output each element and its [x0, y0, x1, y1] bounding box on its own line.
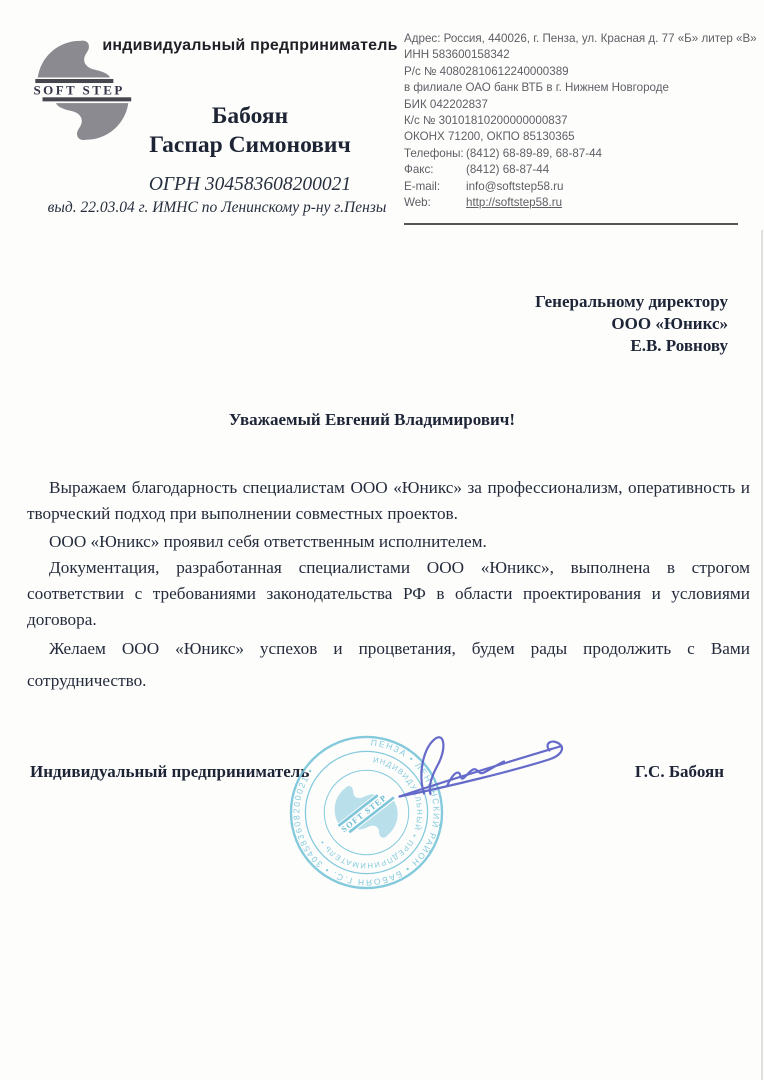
fax-value: (8412) 68-87-44	[466, 162, 549, 178]
recipient-company: ООО «Юникс»	[535, 313, 728, 335]
corr-account-line: К/с № 30101810200000000837	[404, 113, 757, 129]
salutation: Уважаемый Евгений Владимирович!	[0, 410, 744, 430]
signer-title: Индивидуальный предприниматель	[30, 762, 309, 782]
web-label: Web:	[404, 195, 466, 211]
entrepreneur-name: Гаспар Симонович	[36, 131, 464, 160]
recipient-person: Е.В. Ровнову	[535, 335, 728, 357]
company-details: Адрес: Россия, 440026, г. Пенза, ул. Кра…	[404, 31, 757, 225]
address-line: Адрес: Россия, 440026, г. Пенза, ул. Кра…	[404, 31, 757, 47]
recipient-position: Генеральному директору	[535, 291, 728, 313]
body-paragraph: Выражаем благодарность специалистам ООО …	[27, 475, 750, 527]
fax-row: Факс: (8412) 68-87-44	[404, 162, 757, 178]
email-value: info@softstep58.ru	[466, 179, 564, 195]
recipient-block: Генеральному директору ООО «Юникс» Е.В. …	[535, 291, 728, 357]
entrepreneur-type-label: индивидуальный предприниматель	[36, 36, 464, 56]
bik-line: БИК 042202837	[404, 97, 757, 113]
email-label: E-mail:	[404, 179, 466, 195]
ogrn-issued-line: выд. 22.03.04 г. ИМНС по Ленинскому р-ну…	[36, 198, 398, 218]
phones-row: Телефоны: (8412) 68-89-89, 68-87-44	[404, 146, 757, 162]
account-line: Р/с № 40802810612240000389	[404, 64, 757, 80]
body-paragraph: Документация, разработанная специалистам…	[27, 555, 750, 633]
entrepreneur-surname: Бабоян	[36, 102, 464, 131]
fax-label: Факс:	[404, 162, 466, 178]
entrepreneur-header: индивидуальный предприниматель Бабоян Га…	[36, 36, 464, 218]
okonh-okpo-line: ОКОНХ 71200, ОКПО 85130365	[404, 129, 757, 145]
bank-line: в филиале ОАО банк ВТБ в г. Нижнем Новго…	[404, 80, 757, 96]
letter-body: Выражаем благодарность специалистам ООО …	[27, 475, 750, 697]
ogrn-line: ОГРН 304583608200021	[36, 173, 464, 197]
phones-label: Телефоны:	[404, 146, 466, 162]
phones-value: (8412) 68-89-89, 68-87-44	[466, 146, 602, 162]
header-divider	[404, 223, 738, 225]
inn-line: ИНН 583600158342	[404, 47, 757, 63]
email-row: E-mail: info@softstep58.ru	[404, 179, 757, 195]
letter-page: SOFT STEP индивидуальный предприниматель…	[0, 0, 764, 1080]
body-paragraph: Желаем ООО «Юникс» успехов и процветания…	[27, 633, 750, 697]
signer-name: Г.С. Бабоян	[635, 762, 724, 782]
web-url: http://softstep58.ru	[466, 195, 562, 211]
web-row: Web: http://softstep58.ru	[404, 195, 757, 211]
handwritten-signature	[378, 718, 578, 818]
body-paragraph: ООО «Юникс» проявил себя ответственным и…	[27, 529, 750, 555]
scan-edge-artifact	[761, 230, 763, 1080]
